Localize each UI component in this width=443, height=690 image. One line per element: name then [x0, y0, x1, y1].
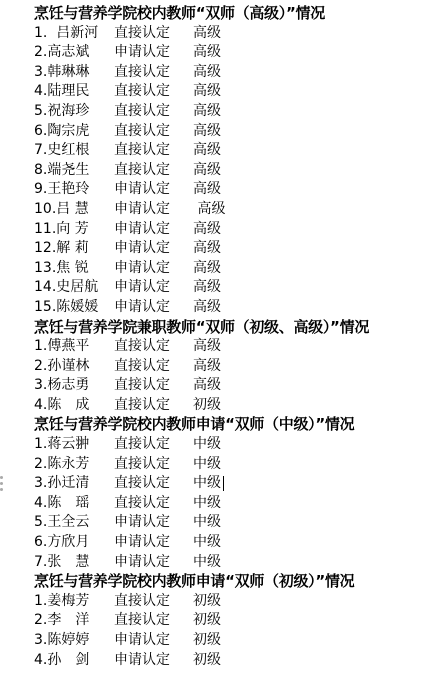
- certification-method: 申请认定: [114, 43, 170, 63]
- item-number: 15.: [34, 299, 56, 315]
- certification-level: 高级: [193, 239, 221, 259]
- teacher-entry: 2.李 洋: [34, 611, 89, 631]
- certification-level: 初级: [193, 631, 221, 651]
- certification-level: 高级: [193, 180, 221, 200]
- certification-method: 申请认定: [114, 631, 170, 651]
- certification-level: 高级: [193, 161, 221, 181]
- item-number: 1.: [34, 436, 47, 452]
- certification-level: 初级: [193, 592, 221, 612]
- certification-level: 高级: [193, 43, 221, 63]
- certification-level: 初级: [193, 396, 221, 416]
- teacher-entry: 12.解 莉: [34, 239, 89, 259]
- certification-level: 中级: [193, 494, 221, 514]
- teacher-name: 史红根: [47, 142, 89, 158]
- certification-method: 申请认定: [114, 180, 170, 200]
- teacher-entry: 2.高志斌: [34, 43, 89, 63]
- certification-level: 中级: [193, 474, 221, 494]
- item-number: 5.: [34, 103, 47, 119]
- certification-level: 高级: [193, 63, 221, 83]
- certification-method: 直接认定: [114, 122, 170, 142]
- certification-level: 高级: [193, 82, 221, 102]
- teacher-name: 解 莉: [56, 240, 88, 256]
- certification-level: 高级: [193, 141, 221, 161]
- certification-method: 申请认定: [114, 651, 170, 671]
- certification-method: 直接认定: [114, 474, 170, 494]
- list-item: 11.向 芳申请认定高级: [34, 220, 369, 240]
- teacher-entry: 13.焦 锐: [34, 259, 89, 279]
- teacher-name: 陶宗虎: [47, 123, 89, 139]
- section-heading: 烹饪与营养学院校内教师申请“双师（中级）”情况: [34, 415, 369, 435]
- certification-method: 直接认定: [114, 357, 170, 377]
- teacher-entry: 7.张 慧: [34, 553, 89, 573]
- list-item: 10.吕 慧申请认定 高级: [34, 200, 369, 220]
- list-item: 15.陈媛媛申请认定高级: [34, 298, 369, 318]
- item-number: 10.: [34, 201, 56, 217]
- item-number: 1.: [34, 593, 47, 609]
- certification-level: 高级: [193, 278, 221, 298]
- list-item: 4.孙 剑申请认定初级: [34, 651, 369, 671]
- teacher-name: 傅燕平: [47, 338, 89, 354]
- certification-method: 直接认定: [114, 592, 170, 612]
- certification-level: 高级: [193, 220, 221, 240]
- item-number: 6.: [34, 534, 47, 550]
- certification-level: 初级: [193, 611, 221, 631]
- list-item: 3.杨志勇直接认定高级: [34, 376, 369, 396]
- teacher-entry: 8.端尧生: [34, 161, 89, 181]
- item-number: 1.: [34, 25, 47, 41]
- teacher-name: 陆理民: [47, 83, 89, 99]
- list-item: 4.陆理民直接认定高级: [34, 82, 369, 102]
- teacher-name: 吕新河: [47, 25, 98, 41]
- teacher-entry: 1.蒋云翀: [34, 435, 89, 455]
- item-number: 2.: [34, 456, 47, 472]
- teacher-name: 韩琳琳: [47, 64, 89, 80]
- item-number: 14.: [34, 279, 56, 295]
- list-item: 2.高志斌申请认定高级: [34, 43, 369, 63]
- list-item: 2.李 洋直接认定初级: [34, 611, 369, 631]
- teacher-entry: 14.史居航: [34, 278, 98, 298]
- item-number: 3.: [34, 377, 47, 393]
- item-number: 2.: [34, 358, 47, 374]
- teacher-name: 蒋云翀: [47, 436, 89, 452]
- certification-method: 直接认定: [114, 494, 170, 514]
- item-number: 3.: [34, 475, 47, 491]
- list-item: 9.王艳玲申请认定高级: [34, 180, 369, 200]
- list-item: 5.王全云申请认定中级: [34, 513, 369, 533]
- list-item: 4.陈 成直接认定初级: [34, 396, 369, 416]
- list-item: 3.孙迁清直接认定中级: [34, 474, 369, 494]
- teacher-name: 王艳玲: [47, 181, 89, 197]
- teacher-name: 高志斌: [47, 44, 89, 60]
- teacher-entry: 3.杨志勇: [34, 376, 89, 396]
- teacher-name: 孙 剑: [47, 652, 89, 668]
- certification-method: 直接认定: [114, 611, 170, 631]
- list-item: 13.焦 锐申请认定高级: [34, 259, 369, 279]
- item-number: 3.: [34, 64, 47, 80]
- teacher-name: 焦 锐: [56, 260, 88, 276]
- list-item: 2.陈永芳直接认定中级: [34, 455, 369, 475]
- list-item: 5.祝海珍直接认定高级: [34, 102, 369, 122]
- item-number: 5.: [34, 514, 47, 530]
- list-item: 14.史居航申请认定高级: [34, 278, 369, 298]
- certification-level: 中级: [193, 455, 221, 475]
- list-item: 6.方欣月申请认定中级: [34, 533, 369, 553]
- list-item: 12.解 莉申请认定高级: [34, 239, 369, 259]
- certification-level: 高级: [193, 337, 221, 357]
- certification-method: 直接认定: [114, 435, 170, 455]
- list-item: 4.陈 瑶直接认定中级: [34, 494, 369, 514]
- teacher-name: 吕 慧: [56, 201, 88, 217]
- teacher-entry: 1.姜梅芳: [34, 592, 89, 612]
- item-number: 11.: [34, 221, 56, 237]
- item-number: 7.: [34, 554, 47, 570]
- item-number: 4.: [34, 397, 47, 413]
- item-number: 12.: [34, 240, 56, 256]
- item-number: 8.: [34, 162, 47, 178]
- certification-method: 申请认定: [114, 298, 170, 318]
- item-number: 1.: [34, 338, 47, 354]
- teacher-entry: 2.孙谨林: [34, 357, 89, 377]
- teacher-entry: 2.陈永芳: [34, 455, 89, 475]
- certification-method: 直接认定: [114, 63, 170, 83]
- certification-level: 高级: [193, 298, 221, 318]
- item-number: 9.: [34, 181, 47, 197]
- teacher-entry: 7.史红根: [34, 141, 89, 161]
- item-number: 3.: [34, 632, 47, 648]
- item-number: 4.: [34, 83, 47, 99]
- certification-level: 中级: [193, 533, 221, 553]
- teacher-entry: 1. 吕新河: [34, 24, 98, 44]
- item-number: 4.: [34, 495, 47, 511]
- item-number: 13.: [34, 260, 56, 276]
- item-number: 7.: [34, 142, 47, 158]
- teacher-name: 王全云: [47, 514, 89, 530]
- list-item: 8.端尧生直接认定高级: [34, 161, 369, 181]
- certification-method: 直接认定: [114, 141, 170, 161]
- certification-level: 高级: [193, 357, 221, 377]
- teacher-name: 端尧生: [47, 162, 89, 178]
- item-number: 2.: [34, 44, 47, 60]
- teacher-name: 陈媛媛: [56, 299, 98, 315]
- certification-method: 申请认定: [114, 553, 170, 573]
- certification-level: 高级: [193, 200, 225, 220]
- certification-method: 申请认定: [114, 200, 170, 220]
- list-item: 1.姜梅芳直接认定初级: [34, 592, 369, 612]
- list-item: 1.蒋云翀直接认定中级: [34, 435, 369, 455]
- certification-method: 直接认定: [114, 102, 170, 122]
- list-item: 1.傅燕平直接认定高级: [34, 337, 369, 357]
- item-number: 4.: [34, 652, 47, 668]
- certification-level: 初级: [193, 651, 221, 671]
- teacher-entry: 5.王全云: [34, 513, 89, 533]
- certification-method: 直接认定: [114, 455, 170, 475]
- certification-level: 高级: [193, 24, 221, 44]
- teacher-name: 史居航: [56, 279, 98, 295]
- teacher-entry: 3.陈婷婷: [34, 631, 89, 651]
- teacher-entry: 5.祝海珍: [34, 102, 89, 122]
- teacher-entry: 4.陈 成: [34, 396, 89, 416]
- teacher-entry: 1.傅燕平: [34, 337, 89, 357]
- list-item: 1. 吕新河直接认定高级: [34, 24, 369, 44]
- certification-method: 直接认定: [114, 337, 170, 357]
- drag-handle[interactable]: [0, 476, 4, 496]
- certification-method: 直接认定: [114, 161, 170, 181]
- teacher-entry: 6.陶宗虎: [34, 122, 89, 142]
- certification-level: 高级: [193, 102, 221, 122]
- text-cursor: [223, 476, 224, 491]
- teacher-name: 李 洋: [47, 612, 89, 628]
- teacher-name: 张 慧: [47, 554, 89, 570]
- certification-method: 申请认定: [114, 259, 170, 279]
- teacher-entry: 11.向 芳: [34, 220, 89, 240]
- teacher-name: 方欣月: [47, 534, 89, 550]
- teacher-name: 姜梅芳: [47, 593, 89, 609]
- certification-method: 申请认定: [114, 533, 170, 553]
- list-item: 7.张 慧申请认定中级: [34, 553, 369, 573]
- teacher-entry: 4.陈 瑶: [34, 494, 89, 514]
- certification-method: 申请认定: [114, 278, 170, 298]
- teacher-name: 向 芳: [56, 221, 88, 237]
- certification-level: 高级: [193, 122, 221, 142]
- certification-method: 直接认定: [114, 376, 170, 396]
- section-heading: 烹饪与营养学院兼职教师“双师（初级、高级）”情况: [34, 318, 369, 338]
- teacher-name: 杨志勇: [47, 377, 89, 393]
- certification-method: 申请认定: [114, 513, 170, 533]
- teacher-name: 陈婷婷: [47, 632, 89, 648]
- certification-level: 中级: [193, 553, 221, 573]
- certification-method: 申请认定: [114, 220, 170, 240]
- certification-method: 直接认定: [114, 396, 170, 416]
- certification-level: 高级: [193, 376, 221, 396]
- list-item: 7.史红根直接认定高级: [34, 141, 369, 161]
- teacher-entry: 9.王艳玲: [34, 180, 89, 200]
- teacher-entry: 4.陆理民: [34, 82, 89, 102]
- teacher-entry: 15.陈媛媛: [34, 298, 98, 318]
- certification-method: 申请认定: [114, 239, 170, 259]
- certification-level: 高级: [193, 259, 221, 279]
- list-item: 3.陈婷婷申请认定初级: [34, 631, 369, 651]
- section-heading: 烹饪与营养学院校内教师申请“双师（初级）”情况: [34, 572, 369, 592]
- teacher-entry: 3.孙迁清: [34, 474, 89, 494]
- certification-level: 中级: [193, 513, 221, 533]
- list-item: 3.韩琳琳直接认定高级: [34, 63, 369, 83]
- teacher-entry: 6.方欣月: [34, 533, 89, 553]
- teacher-name: 陈 瑶: [47, 495, 89, 511]
- teacher-entry: 4.孙 剑: [34, 651, 89, 671]
- teacher-name: 孙谨林: [47, 358, 89, 374]
- teacher-name: 陈永芳: [47, 456, 89, 472]
- teacher-name: 孙迁清: [47, 475, 89, 491]
- teacher-name: 祝海珍: [47, 103, 89, 119]
- list-item: 2.孙谨林直接认定高级: [34, 357, 369, 377]
- section-heading: 烹饪与营养学院校内教师“双师（高级）”情况: [34, 4, 369, 24]
- certification-method: 直接认定: [114, 24, 170, 44]
- certification-method: 直接认定: [114, 82, 170, 102]
- document-body[interactable]: 烹饪与营养学院校内教师“双师（高级）”情况1. 吕新河直接认定高级2.高志斌申请…: [34, 4, 369, 670]
- teacher-entry: 10.吕 慧: [34, 200, 89, 220]
- item-number: 6.: [34, 123, 47, 139]
- list-item: 6.陶宗虎直接认定高级: [34, 122, 369, 142]
- certification-level: 中级: [193, 435, 221, 455]
- item-number: 2.: [34, 612, 47, 628]
- teacher-name: 陈 成: [47, 397, 89, 413]
- teacher-entry: 3.韩琳琳: [34, 63, 89, 83]
